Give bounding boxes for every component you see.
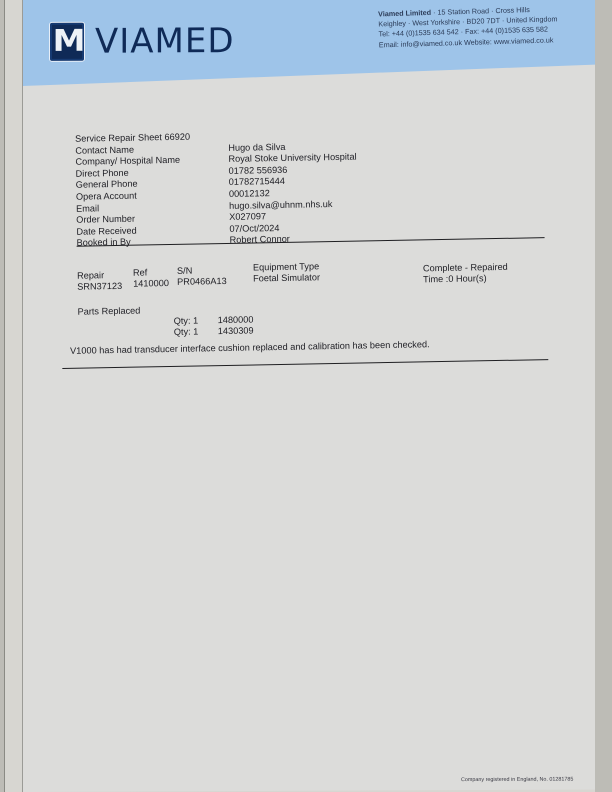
detail-value: 00012132 — [229, 188, 270, 200]
detail-value: 01782715444 — [229, 176, 285, 189]
parts-list: Qty: 11480000Qty: 11430309 — [21, 0, 593, 1]
parts-replaced-label: Parts Replaced — [77, 306, 140, 317]
equipment-type-value: Foetal Simulator — [253, 272, 320, 284]
repair-status: Complete - Repaired — [423, 262, 508, 275]
divider-rule — [62, 359, 548, 369]
contact-details: Service Repair Sheet 66920 Contact NameH… — [75, 129, 358, 250]
part-number: 1480000 — [218, 314, 254, 325]
part-qty: Qty: 1 — [174, 326, 218, 337]
repair-time: Time :0 Hour(s) — [423, 273, 508, 286]
part-row: Qty: 11480000 — [174, 314, 254, 325]
detail-fields: Contact NameHugo da SilvaCompany/ Hospit… — [75, 140, 358, 249]
service-repair-sheet-page: M VIAMED Viamed Limited · 15 Station Roa… — [22, 0, 595, 792]
ref-value: 1410000 — [133, 278, 169, 290]
detail-value: Royal Stoke University Hospital — [228, 152, 356, 166]
detail-value: X027097 — [229, 211, 266, 223]
detail-value: 07/Oct/2024 — [229, 223, 279, 236]
part-row: Qty: 11430309 — [174, 325, 254, 336]
detail-value: Robert Connor — [229, 234, 289, 247]
sn-header: S/N — [177, 265, 227, 277]
sn-value: PR0466A13 — [177, 276, 227, 288]
repair-number: SRN37123 — [77, 281, 122, 293]
sheet-content: Service Repair Sheet 66920 Contact NameH… — [21, 0, 604, 792]
detail-value: hugo.silva@uhnm.nhs.uk — [229, 199, 332, 212]
company-registration: Company registered in England, No. 01281… — [461, 777, 573, 783]
ref-header: Ref — [133, 267, 169, 279]
repair-note: V1000 has had transducer interface cushi… — [70, 339, 430, 356]
repair-header: Repair — [77, 270, 122, 282]
part-qty: Qty: 1 — [174, 315, 218, 326]
part-number: 1430309 — [218, 325, 254, 336]
